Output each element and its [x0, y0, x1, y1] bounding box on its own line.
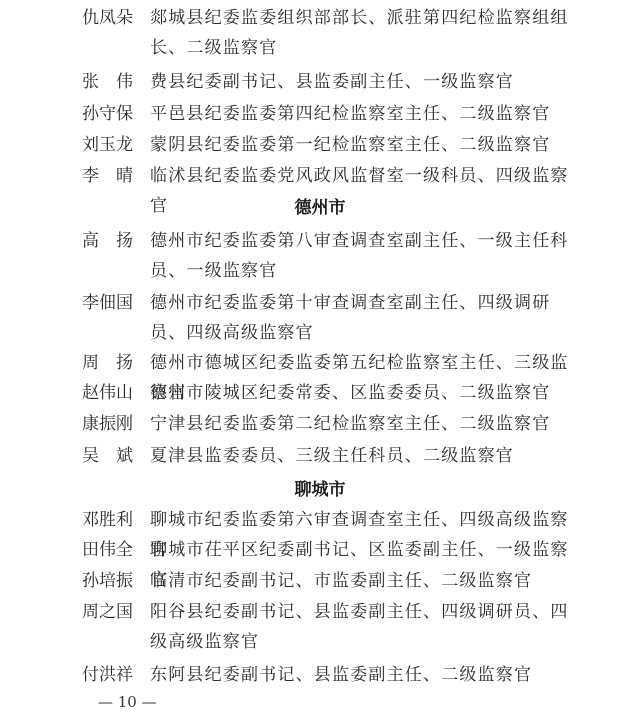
person-title: 东阿县纪委副书记、县监委副主任、二级监察官 — [150, 660, 570, 690]
person-name: 周 扬 — [82, 348, 142, 378]
person-title: 宁津县纪委监委第二纪检监察室主任、二级监察官 — [150, 409, 570, 439]
person-name: 张 伟 — [82, 67, 142, 97]
person-name: 吴 斌 — [82, 441, 142, 471]
person-name: 康振刚 — [82, 409, 142, 439]
person-name: 李佃国 — [82, 288, 142, 318]
person-title: 临清市纪委副书记、市监委副主任、二级监察官 — [150, 566, 570, 596]
person-title: 费县纪委副书记、县监委副主任、一级监察官 — [150, 67, 570, 97]
person-title: 德州市纪委监委第十审查调查室副主任、四级调研员、四级高级监察官 — [150, 288, 570, 348]
person-name: 孙守保 — [82, 99, 142, 129]
section-heading-dezhou: 德州市 — [0, 193, 640, 223]
person-title: 阳谷县纪委副书记、县监委副主任、四级调研员、四级高级监察官 — [150, 597, 570, 657]
person-name: 田伟全 — [82, 535, 142, 565]
person-name: 付洪祥 — [82, 660, 142, 690]
person-title: 蒙阴县纪委监委第一纪检监察室主任、二级监察官 — [150, 130, 570, 160]
person-name: 邓胜利 — [82, 505, 142, 535]
person-name: 孙培振 — [82, 566, 142, 596]
person-name: 仇凤朵 — [82, 3, 142, 33]
person-title: 郯城县纪委监委组织部部长、派驻第四纪检监察组组长、二级监察官 — [150, 3, 570, 63]
person-name: 周之国 — [82, 597, 142, 627]
person-name: 刘玉龙 — [82, 130, 142, 160]
person-title: 德州市纪委监委第八审查调查室副主任、一级主任科员、一级监察官 — [150, 226, 570, 286]
section-heading-liaocheng: 聊城市 — [0, 475, 640, 505]
document-page: 仇凤朵 郯城县纪委监委组织部部长、派驻第四纪检监察组组长、二级监察官 张 伟 费… — [0, 0, 640, 720]
person-name: 李 晴 — [82, 161, 142, 191]
person-name: 高 扬 — [82, 226, 142, 256]
person-title: 平邑县纪委监委第四纪检监察室主任、二级监察官 — [150, 99, 570, 129]
person-name: 赵伟山 — [82, 378, 142, 408]
person-title: 夏津县监委委员、三级主任科员、二级监察官 — [150, 441, 570, 471]
person-title: 德州市陵城区纪委常委、区监委委员、二级监察官 — [150, 378, 570, 408]
page-number: — 10 — — [98, 693, 157, 711]
